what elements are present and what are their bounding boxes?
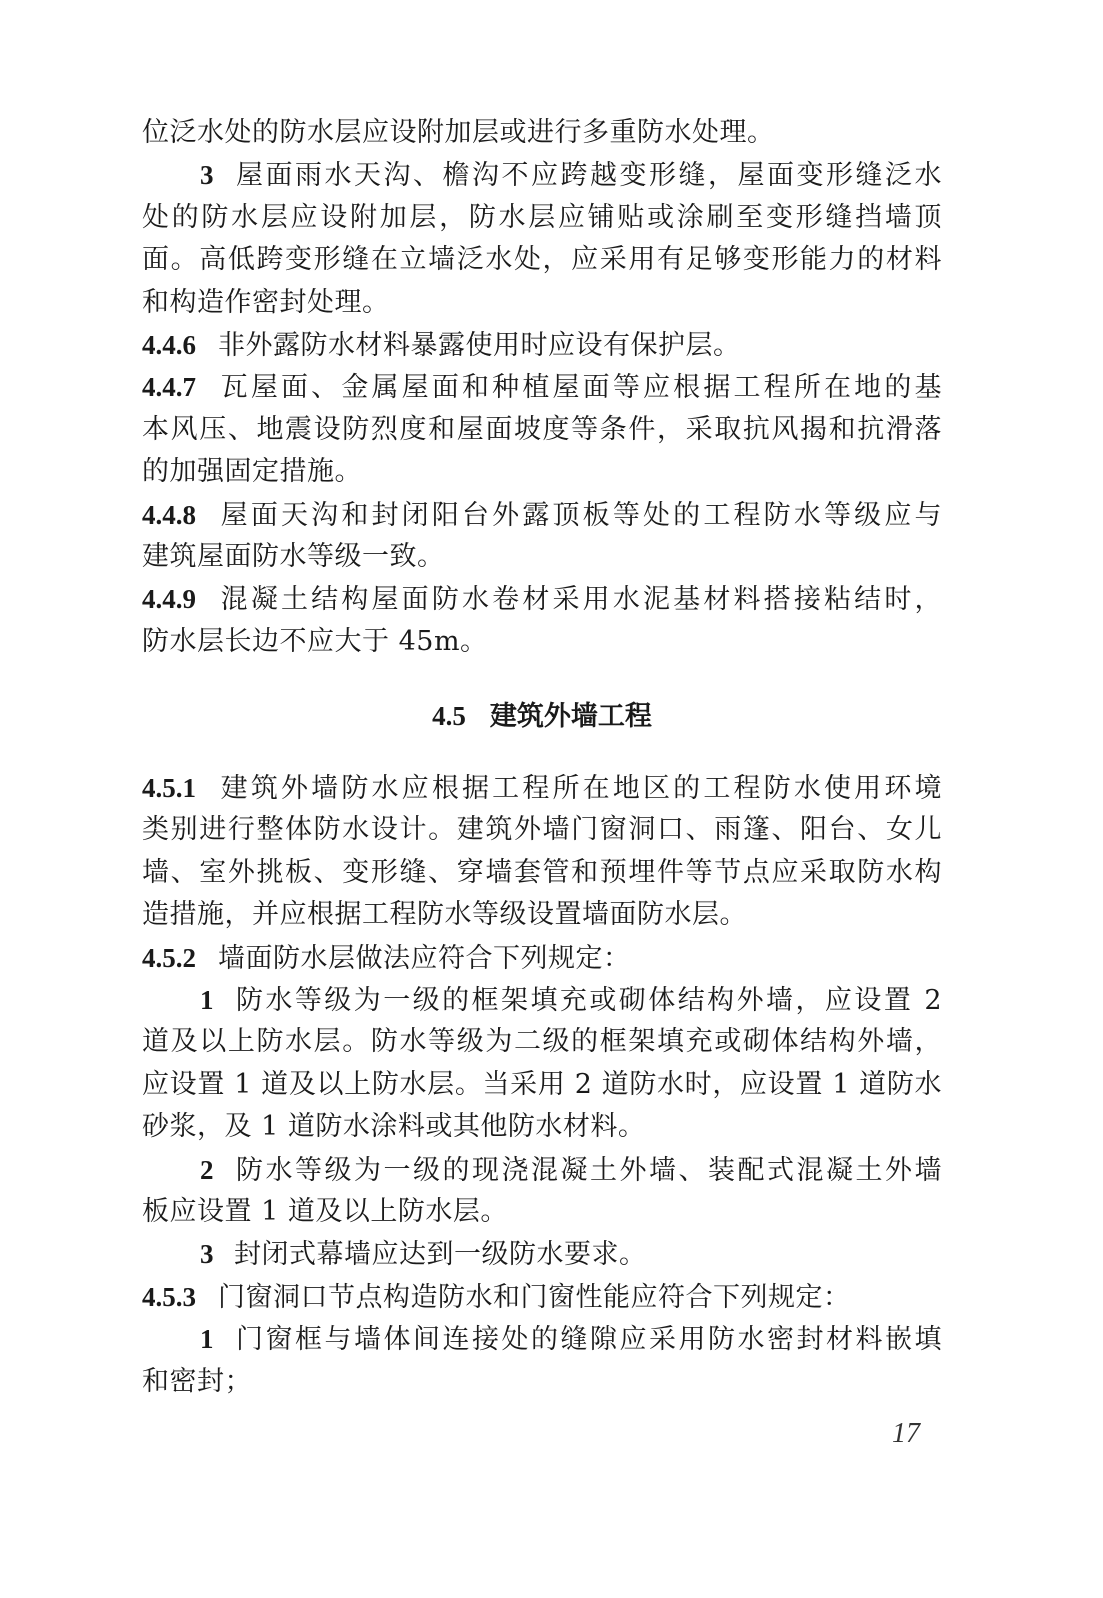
clause-4-5-2: 4.5.2墙面防水层做法应符合下列规定： [142,937,942,979]
item-text: 封闭式幕墙应达到一级防水要求。 [234,1239,647,1270]
clause-4-5-3: 4.5.3门窗洞口节点构造防水和门窗性能应符合下列规定： [142,1276,942,1318]
clause-number: 4.4.6 [142,330,196,360]
paragraph-line: 和构造作密封处理。 [142,282,942,324]
item-text: 屋面雨水天沟、檐沟不应跨越变形缝，屋面变形缝泛水 [234,160,942,191]
section-heading: 4.5建筑外墙工程 [142,695,942,737]
clause-text: 混凝土结构屋面防水卷材采用水泥基材料搭接粘结时， [218,584,942,615]
paragraph-line: 本风压、地震设防烈度和屋面坡度等条件，采取抗风揭和抗滑落 [142,409,942,451]
clause-4-4-8: 4.4.8屋面天沟和封闭阳台外露顶板等处的工程防水等级应与 [142,494,942,536]
clause-4-5-1: 4.5.1建筑外墙防水应根据工程所在地区的工程防水使用环境 [142,767,942,809]
paragraph-line: 道及以上防水层。防水等级为二级的框架填充或砌体结构外墙， [142,1021,942,1063]
paragraph-line: 应设置 1 道及以上防水层。当采用 2 道防水时，应设置 1 道防水 [142,1064,942,1106]
list-item-2: 2防水等级为一级的现浇混凝土外墙、装配式混凝土外墙 [142,1149,942,1191]
item-number: 1 [200,985,214,1015]
list-item-1: 1防水等级为一级的框架填充或砌体结构外墙，应设置 2 [142,979,942,1021]
page-number: 17 [892,1418,920,1450]
item-text: 门窗框与墙体间连接处的缝隙应采用防水密封材料嵌填 [234,1324,942,1355]
list-item-1: 1门窗框与墙体间连接处的缝隙应采用防水密封材料嵌填 [142,1318,942,1360]
paragraph-line: 建筑屋面防水等级一致。 [142,536,942,578]
clause-4-4-9: 4.4.9混凝土结构屋面防水卷材采用水泥基材料搭接粘结时， [142,578,942,620]
paragraph-line: 墙、室外挑板、变形缝、穿墙套管和预埋件等节点应采取防水构 [142,852,942,894]
clause-4-4-6: 4.4.6非外露防水材料暴露使用时应设有保护层。 [142,324,942,366]
paragraph-line: 砂浆，及 1 道防水涂料或其他防水材料。 [142,1106,942,1148]
clause-number: 4.4.8 [142,500,196,530]
document-page: 位泛水处的防水层应设附加层或进行多重防水处理。 3屋面雨水天沟、檐沟不应跨越变形… [142,112,942,1403]
section-number: 4.5 [432,701,466,731]
paragraph-line: 面。高低跨变形缝在立墙泛水处，应采用有足够变形能力的材料 [142,239,942,281]
clause-4-4-7: 4.4.7瓦屋面、金属屋面和种植屋面等应根据工程所在地的基 [142,366,942,408]
paragraph-line: 的加强固定措施。 [142,451,942,493]
clause-number: 4.4.7 [142,372,196,402]
item-number: 1 [200,1324,214,1354]
clause-text: 门窗洞口节点构造防水和门窗性能应符合下列规定： [218,1282,851,1313]
clause-number: 4.5.1 [142,773,196,803]
clause-number: 4.5.2 [142,943,196,973]
item-number: 3 [200,160,214,190]
paragraph-line: 类别进行整体防水设计。建筑外墙门窗洞口、雨篷、阳台、女儿 [142,809,942,851]
clause-text: 墙面防水层做法应符合下列规定： [218,943,631,974]
section-title: 建筑外墙工程 [490,701,652,732]
paragraph-line: 防水层长边不应大于 45m。 [142,621,942,663]
paragraph-line: 和密封； [142,1361,942,1403]
item-number: 2 [200,1155,214,1185]
clause-number: 4.4.9 [142,584,196,614]
paragraph-line: 造措施，并应根据工程防水等级设置墙面防水层。 [142,894,942,936]
clause-text: 瓦屋面、金属屋面和种植屋面等应根据工程所在地的基 [218,372,942,403]
clause-text: 非外露防水材料暴露使用时应设有保护层。 [218,330,741,361]
paragraph-line: 位泛水处的防水层应设附加层或进行多重防水处理。 [142,112,942,154]
clause-text: 屋面天沟和封闭阳台外露顶板等处的工程防水等级应与 [218,500,942,531]
item-text: 防水等级为一级的框架填充或砌体结构外墙，应设置 2 [234,985,942,1016]
item-number: 3 [200,1239,214,1269]
clause-text: 建筑外墙防水应根据工程所在地区的工程防水使用环境 [218,773,942,804]
list-item-3: 3屋面雨水天沟、檐沟不应跨越变形缝，屋面变形缝泛水 [142,154,942,196]
spacer [142,737,942,767]
paragraph-line: 处的防水层应设附加层，防水层应铺贴或涂刷至变形缝挡墙顶 [142,197,942,239]
item-text: 防水等级为一级的现浇混凝土外墙、装配式混凝土外墙 [234,1155,942,1186]
list-item-3: 3封闭式幕墙应达到一级防水要求。 [142,1233,942,1275]
clause-number: 4.5.3 [142,1282,196,1312]
paragraph-line: 板应设置 1 道及以上防水层。 [142,1191,942,1233]
spacer [142,663,942,695]
